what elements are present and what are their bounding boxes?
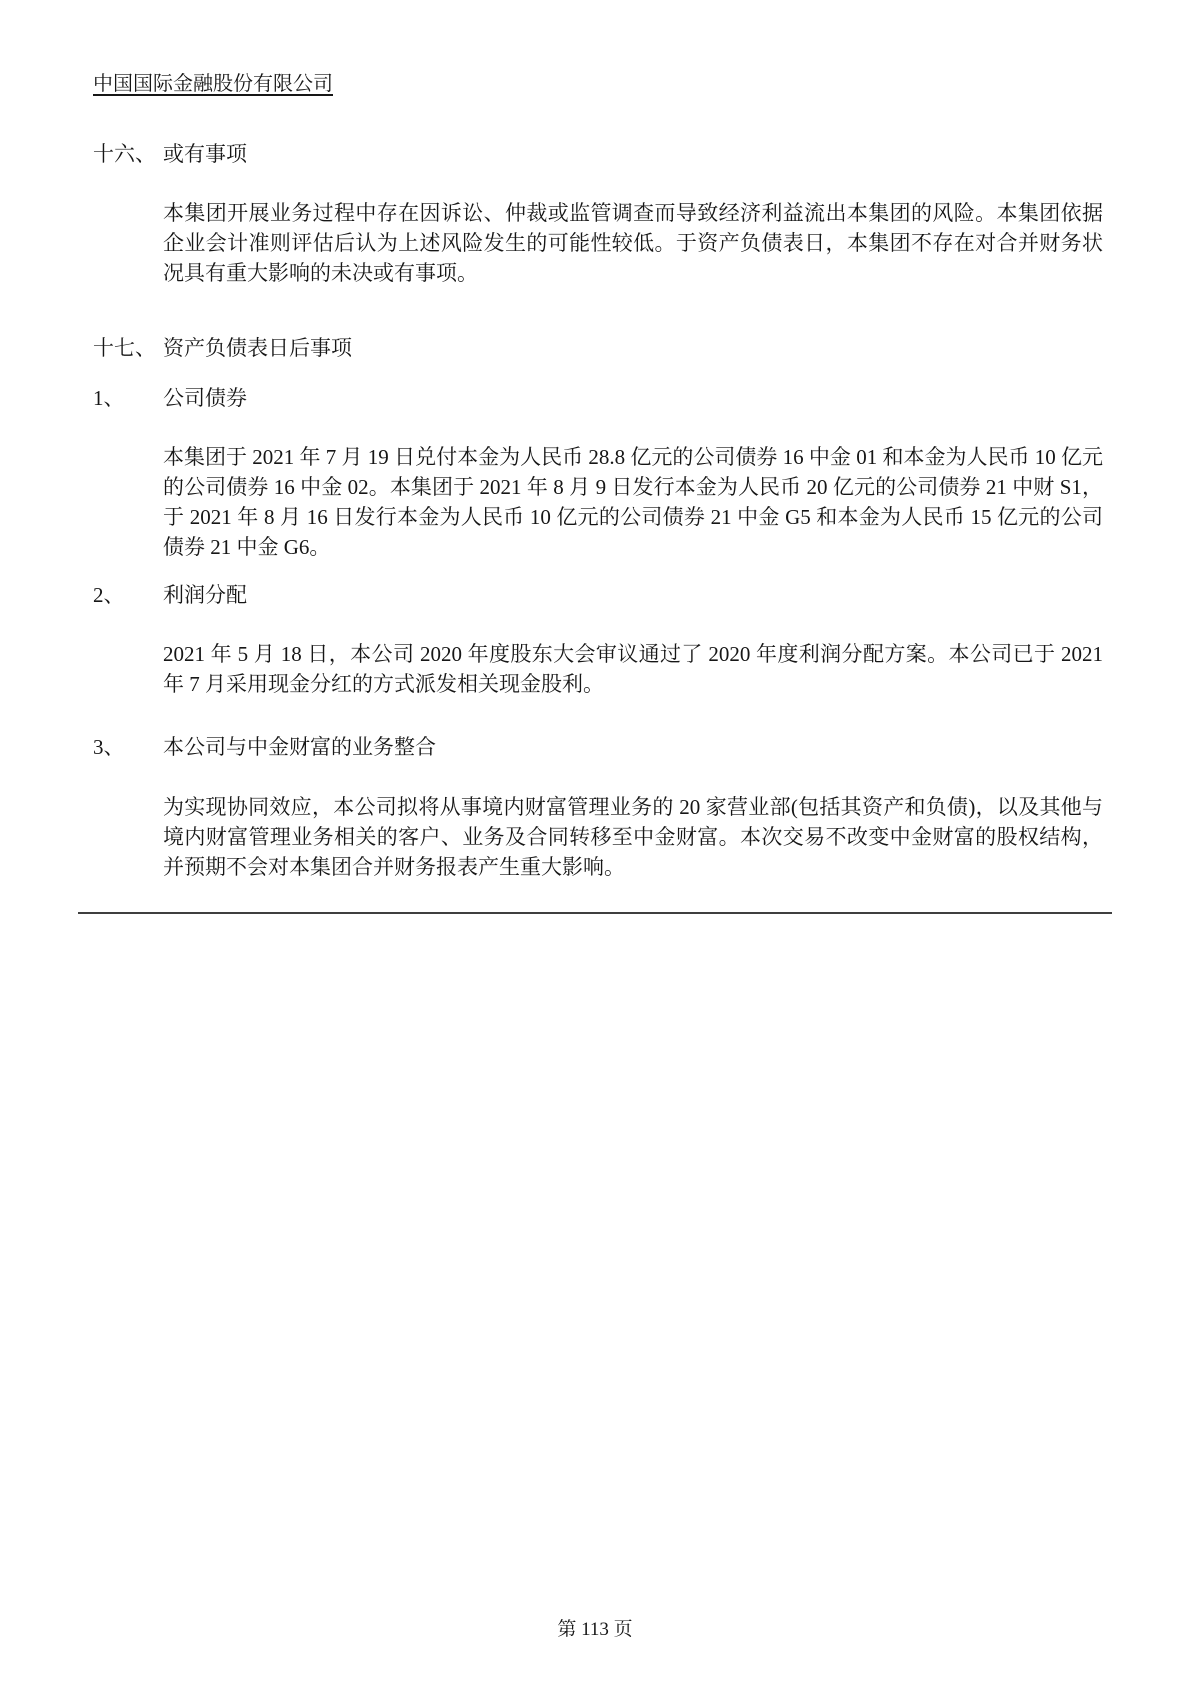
section-16-number: 十六、	[93, 139, 163, 169]
separator-line	[78, 912, 1112, 914]
page-footer: 第 113 页	[0, 1616, 1190, 1644]
item-1-number: 1、	[93, 383, 163, 413]
section-16-title: 或有事项	[163, 139, 1103, 169]
section-16-heading: 十六、 或有事项	[93, 139, 1103, 169]
item-3-paragraph: 为实现协同效应，本公司拟将从事境内财富管理业务的 20 家营业部(包括其资产和负…	[163, 792, 1103, 882]
item-2-heading: 2、 利润分配	[93, 580, 1103, 610]
document-page: 中国国际金融股份有限公司 十六、 或有事项 本集团开展业务过程中存在因诉讼、仲裁…	[0, 0, 1190, 1683]
item-1-paragraph: 本集团于 2021 年 7 月 19 日兑付本金为人民币 28.8 亿元的公司债…	[163, 442, 1103, 562]
item-2-number: 2、	[93, 580, 163, 610]
item-2-paragraph: 2021 年 5 月 18 日，本公司 2020 年度股东大会审议通过了 202…	[163, 639, 1103, 699]
section-17-number: 十七、	[93, 333, 163, 363]
company-header: 中国国际金融股份有限公司	[93, 69, 1103, 99]
company-name: 中国国际金融股份有限公司	[93, 73, 333, 95]
item-2-title: 利润分配	[163, 580, 1103, 610]
page-number: 第 113 页	[557, 1619, 632, 1640]
item-3-number: 3、	[93, 732, 163, 762]
item-1-title: 公司债券	[163, 383, 1103, 413]
section-16-paragraph: 本集团开展业务过程中存在因诉讼、仲裁或监管调查而导致经济利益流出本集团的风险。本…	[163, 198, 1103, 288]
item-1-heading: 1、 公司债券	[93, 383, 1103, 413]
section-17-title: 资产负债表日后事项	[163, 333, 1103, 363]
item-3-heading: 3、 本公司与中金财富的业务整合	[93, 732, 1103, 762]
section-17-heading: 十七、 资产负债表日后事项	[93, 333, 1103, 363]
item-3-title: 本公司与中金财富的业务整合	[163, 732, 1103, 762]
